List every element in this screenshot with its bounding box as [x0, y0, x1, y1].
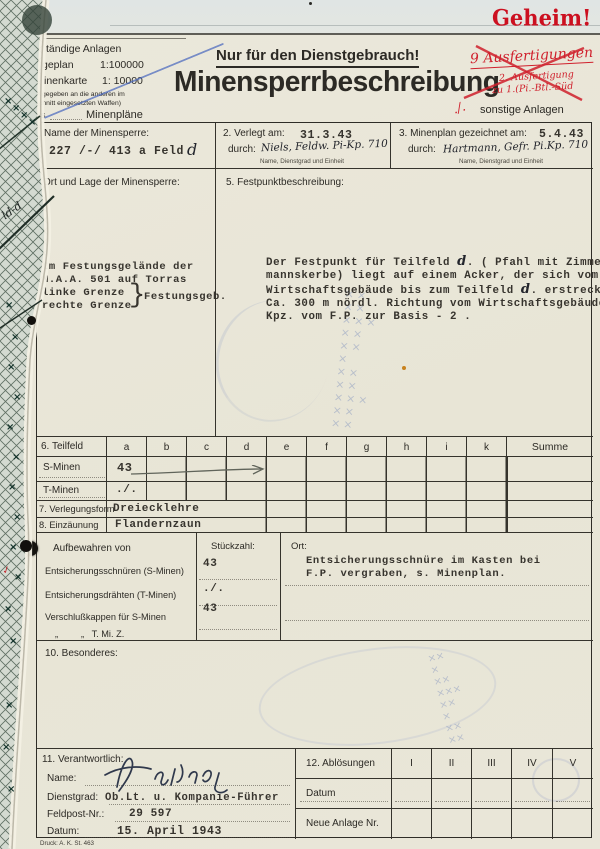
abloesung-col-4: IV [511, 749, 552, 779]
table6: 6. Teilfeld a b c d e f g h i k Summe S-… [37, 437, 593, 533]
section9: Aufbewahren von Entsicherungsschnüren (S… [37, 533, 593, 641]
field3-durch-value: Hartmann, Gefr. Pi.Kp. 710 [443, 138, 588, 155]
field3-durch-label: durch: [408, 144, 436, 155]
qty2: ./. [203, 583, 225, 595]
section10: 10. Besonderes: [37, 641, 593, 749]
field3-label: 3. Minenplan gezeichnet am: [399, 128, 527, 139]
col-g: g [347, 437, 387, 457]
col-h: h [387, 437, 427, 457]
col-i: i [427, 437, 467, 457]
punch-hole-top [27, 316, 36, 325]
col-k: k [467, 437, 507, 457]
t-minen-a: ./. [107, 482, 147, 501]
speck [309, 2, 312, 5]
row7-empty [227, 501, 507, 518]
field5-cell: 5. Festpunktbeschreibung: Der Festpunkt … [216, 169, 593, 437]
field2-cell: 2. Verlegt am: 31.3.43 durch: Niels, Fel… [216, 123, 391, 169]
ort-line1: Entsicherungsschnüre im Kasten bei [306, 555, 541, 567]
col-f: f [307, 437, 347, 457]
row7-value: Dreiecklehre [107, 501, 227, 518]
ort-line2: F.P. vergraben, s. Minenplan. [306, 568, 506, 580]
section12-label: 12. Ablösungen [306, 758, 375, 769]
left-block-line2-value: 1:100000 [100, 59, 144, 71]
abloesung-col-1: I [391, 749, 431, 779]
field2-label: 2. Verlegt am: [223, 128, 285, 139]
service-note: Nur für den Dienstgebrauch! [216, 47, 419, 68]
field3-cell: 3. Minenplan gezeichnet am: 5.4.43 durch… [391, 123, 593, 169]
section9-qty: Stückzahl: 43 ./. 43 [197, 533, 281, 641]
attachments-note: sonstige Anlagen [480, 104, 564, 116]
col-e: e [267, 437, 307, 457]
field4-brace-note: Festungsgeb. [144, 291, 227, 303]
t-minen-summe [507, 482, 593, 501]
field2-durch-value: Niels, Feldw. Pi-Kp. 710 [261, 138, 388, 154]
scanned-form-page: ××××××××××××××××××××××× ××××××××××××××× … [0, 0, 600, 849]
section12-datum-label: Datum [306, 788, 335, 799]
section12: 12. Ablösungen I II III IV V Datum Neue … [296, 749, 593, 839]
qty1: 43 [203, 558, 217, 570]
col-d: d [227, 437, 267, 457]
punch-hole-bottom [20, 540, 32, 552]
field2-durch-label: durch: [228, 144, 256, 155]
col-a: a [107, 437, 147, 457]
stueckzahl-label: Stückzahl: [211, 541, 255, 552]
feldpost-value: 29 597 [129, 808, 172, 820]
pencil-arrow [131, 465, 271, 479]
col-summe: Summe [507, 437, 593, 457]
section9-ort: Ort: Entsicherungsschnüre im Kasten bei … [281, 533, 593, 641]
col-c: c [187, 437, 227, 457]
red-crossout [462, 44, 590, 104]
form-top-edge-line [28, 33, 600, 35]
abloesung-col-3: III [471, 749, 511, 779]
field5-text: Der Festpunkt für Teilfeld d. ( Pfahl mi… [266, 255, 586, 324]
row8-empty [227, 518, 507, 533]
field2-sub-label: Name, Dienstgrad und Einheit [260, 158, 344, 165]
signature [99, 749, 279, 799]
s-minen-summe [507, 457, 593, 482]
row8-value: Flandernzaun [107, 518, 227, 533]
form-box: Name der Minensperre: 227 /-/ 413 a Feld… [36, 122, 592, 838]
left-block-line6-value: Minenpläne [86, 109, 143, 121]
section11: 11. Verantwortlich: Name: Dienstgrad: Ob… [37, 749, 296, 839]
section12-anlage-label: Neue Anlage Nr. [306, 818, 379, 829]
form-title: Minensperrbeschreibung [174, 66, 499, 99]
row8-summe [507, 518, 593, 533]
ort-label: Ort: [291, 541, 307, 552]
field5-label: 5. Festpunktbeschreibung: [226, 177, 344, 188]
classification-stamp: Geheim! [492, 4, 591, 30]
row7-summe [507, 501, 593, 518]
field1-value-hand: d [187, 140, 197, 159]
t-minen-empty [147, 482, 507, 501]
abloesung-col-5: V [552, 749, 593, 779]
abloesung-col-2: II [431, 749, 471, 779]
col-b: b [147, 437, 187, 457]
field3-sub-label: Name, Dienstgrad und Einheit [459, 158, 543, 165]
